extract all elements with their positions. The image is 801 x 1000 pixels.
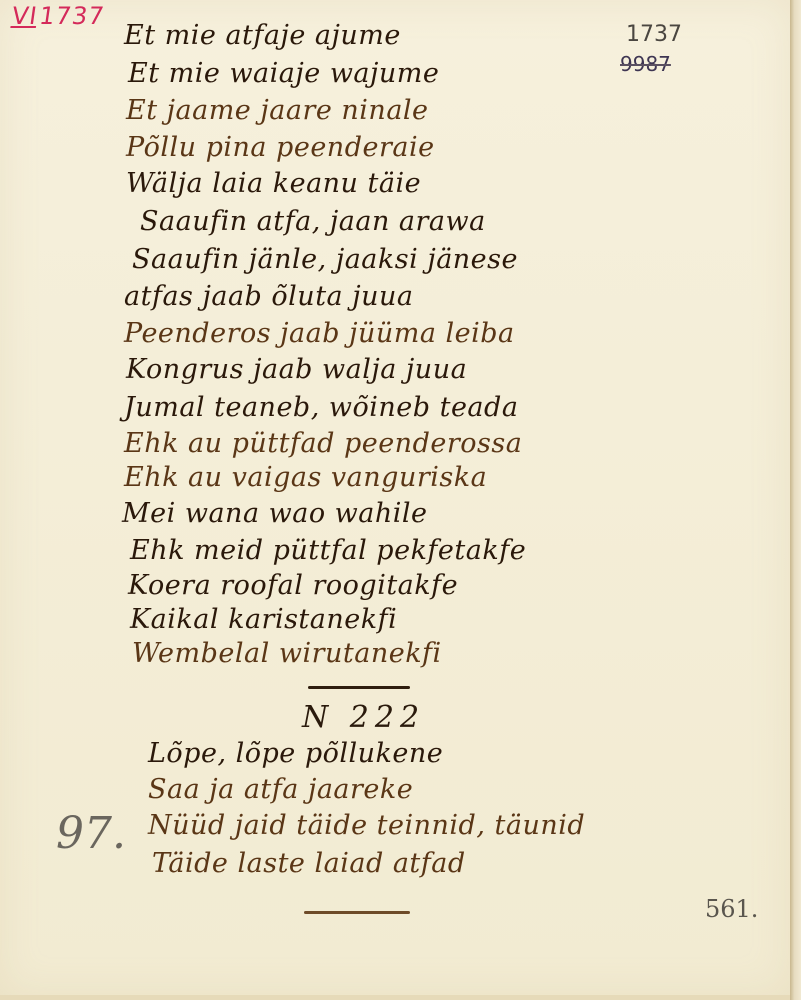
song-a-line-11: Jumal teaneb, wõineb teada [124,394,518,421]
song-a-line-2: Et mie waiaje wajume [128,60,439,87]
song-b-line-3: Nüüd jaid täide teinnid, täunid [148,812,585,839]
song-a-line-9: Peenderos jaab jüüma leiba [124,320,515,347]
song-b-line-1: Lõpe, lõpe põllukene [148,740,443,767]
section-divider-top [308,686,410,689]
song-a-line-17: Kaikal karistanekfi [130,606,397,633]
song-a-line-16: Koera roofal roogitakfe [128,572,458,599]
song-b-line-4: Täide laste laiad atfad [152,850,466,877]
song-a-line-6: Saaufin atfa, jaan arawa [140,208,486,235]
page-number-struck: 9987 [620,52,671,76]
song-a-line-4: Põllu pina peenderaie [126,134,435,161]
song-a-line-15: Ehk meid püttfal pekfetakfe [130,537,526,564]
song-a-line-10: Kongrus jaab walja juua [126,356,467,383]
song-a-line-7: Saaufin jänle, jaaksi jänese [132,246,518,273]
song-b-line-2: Saa ja atfa jaareke [148,776,413,803]
song-a-line-18: Wembelal wirutanekfi [132,640,442,667]
song-number-heading: N 222 [302,700,425,735]
song-a-line-14: Mei wana wao wahile [122,500,428,527]
song-a-line-13: Ehk au vaigas vanguriska [124,464,487,491]
section-divider-bottom [304,911,410,914]
page-edge [790,0,801,1000]
song-a-line-8: atfas jaab õluta juua [124,283,413,310]
page-bottom-edge [0,995,790,1000]
song-a-line-3: Et jaame jaare ninale [126,97,429,124]
song-a-line-12: Ehk au püttfad peenderossa [124,430,522,457]
page-number-top: 1737 [626,22,682,47]
bottom-page-number: 561. [705,895,758,923]
archive-mark-red: VI1737 [10,2,107,30]
song-a-line-5: Wälja laia keanu täie [126,170,421,197]
margin-number: 97. [56,808,126,859]
archive-mark-number: 1737 [38,2,107,30]
archive-mark-roman: VI [10,2,39,30]
song-a-line-1: Et mie atfaje ajume [124,22,401,49]
